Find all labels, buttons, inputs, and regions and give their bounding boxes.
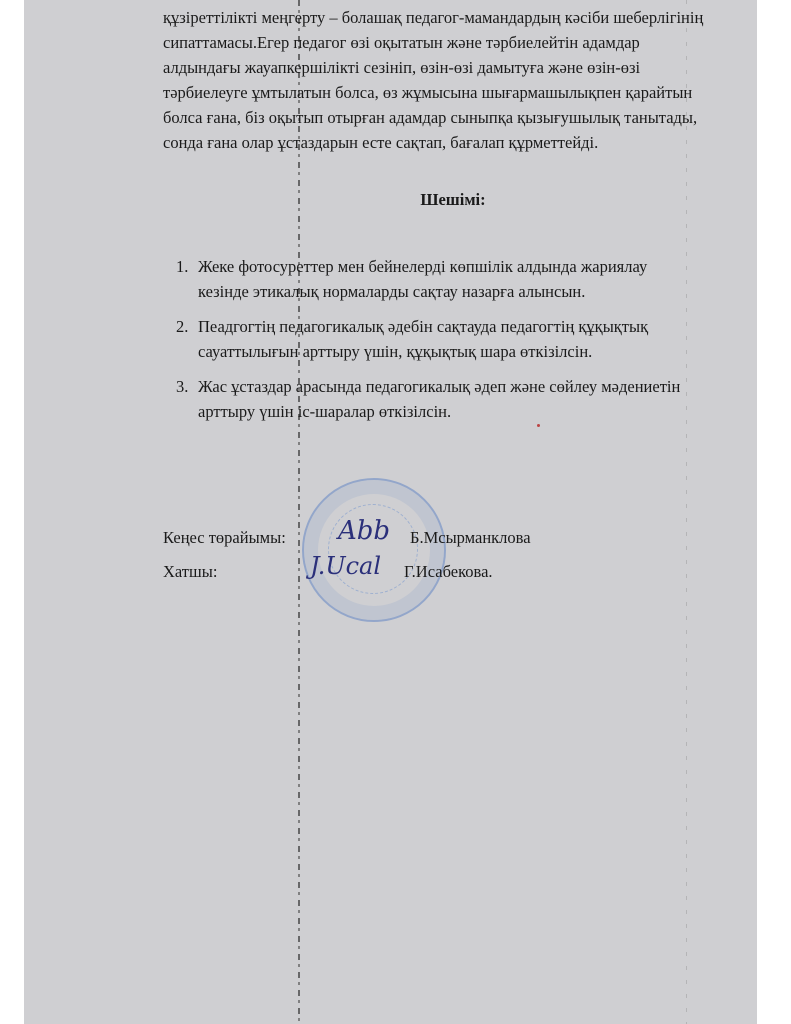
paragraph-line: құзіреттілікті меңгерту – болашақ педаго… xyxy=(163,5,723,30)
signature-row-secretary: Хатшы: J.Ucal Г.Исабекова. xyxy=(0,562,791,587)
decision-line: Жеке фотосуреттер мен бейнелерді көпшілі… xyxy=(198,254,696,279)
decision-item: 1. Жеке фотосуреттер мен бейнелерді көпш… xyxy=(176,254,696,304)
decision-item: 3. Жас ұстаздар арасында педагогикалық ә… xyxy=(176,374,696,424)
paragraph-line: алдындағы жауапкершілікті сезініп, өзін-… xyxy=(163,55,723,80)
decision-line: Жас ұстаздар арасында педагогикалық әдеп… xyxy=(198,374,696,399)
decision-number: 1. xyxy=(176,254,188,279)
decision-number: 2. xyxy=(176,314,188,339)
ink-speck xyxy=(537,424,540,427)
decision-line: арттыру үшін іс-шаралар өткізілсін. xyxy=(198,399,696,424)
signer-name: Г.Исабекова. xyxy=(404,562,493,582)
signer-name: Б.Мсырманклова xyxy=(410,528,531,548)
handwritten-signature: Abb xyxy=(338,516,390,546)
decision-heading: Шешімі: xyxy=(0,190,791,210)
signer-role: Кеңес төрайымы: xyxy=(163,528,286,548)
decision-item: 2. Пеадгогтің педагогикалық әдебін сақта… xyxy=(176,314,696,364)
decisions-list: 1. Жеке фотосуреттер мен бейнелерді көпш… xyxy=(176,254,696,434)
paragraph-line: тәрбиелеуге ұмтылатын болса, өз жұмысына… xyxy=(163,80,723,105)
signature-row-chair: Кеңес төрайымы: Abb Б.Мсырманклова xyxy=(0,528,791,553)
paragraph-line: сонда ғана олар ұстаздарын есте сақтап, … xyxy=(163,130,723,155)
body-paragraph: құзіреттілікті меңгерту – болашақ педаго… xyxy=(163,5,723,155)
signer-role: Хатшы: xyxy=(163,562,217,582)
decision-number: 3. xyxy=(176,374,188,399)
handwritten-signature: J.Ucal xyxy=(310,552,381,580)
decision-line: кезінде этикалық нормаларды сақтау назар… xyxy=(198,279,696,304)
decision-line: Пеадгогтің педагогикалық әдебін сақтауда… xyxy=(198,314,696,339)
paragraph-line: болса ғана, біз оқытып отырған адамдар с… xyxy=(163,105,723,130)
decision-line: сауаттылығын арттыру үшін, құқықтық шара… xyxy=(198,339,696,364)
paragraph-line: сипаттамасы.Егер педагог өзі оқытатын жә… xyxy=(163,30,723,55)
